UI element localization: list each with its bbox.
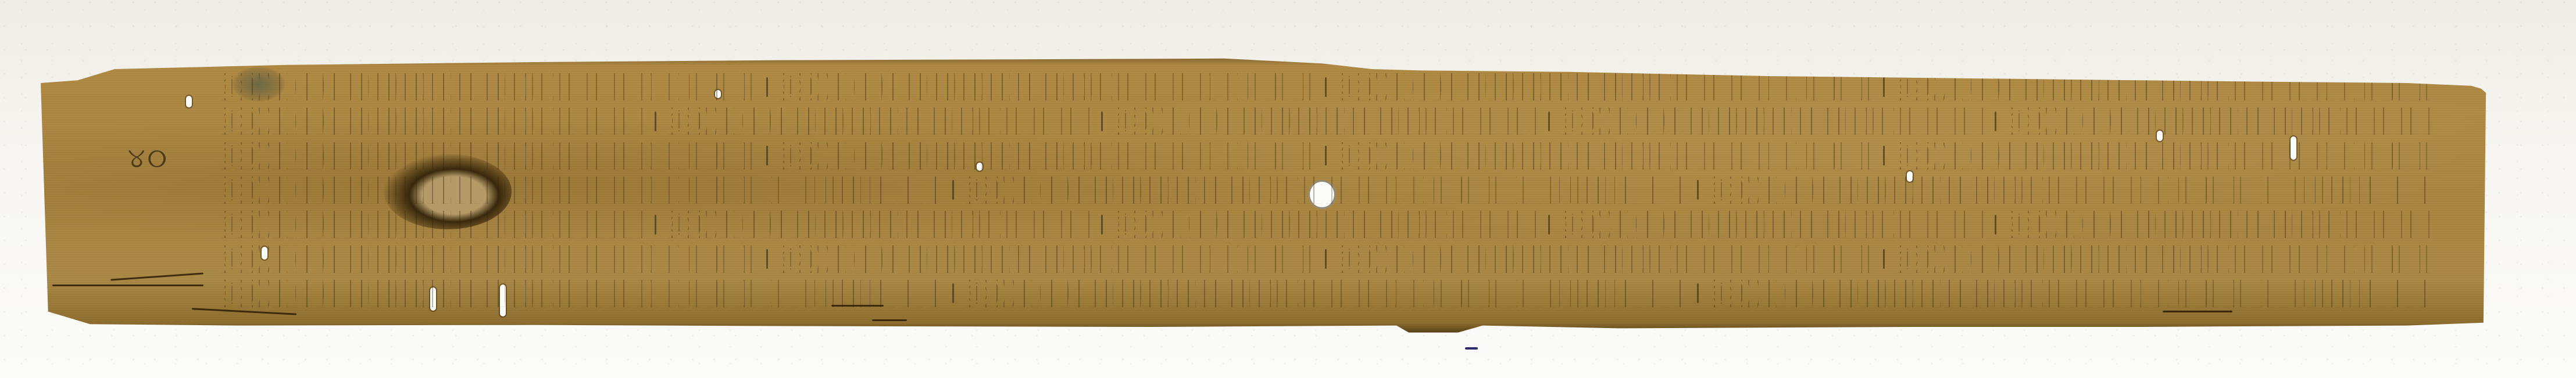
danda-mark	[1325, 249, 1327, 269]
script-run	[1896, 246, 2430, 273]
danda-mark	[1101, 215, 1103, 235]
danda-mark	[655, 111, 656, 131]
script-run	[780, 73, 1313, 100]
danda-mark	[1548, 215, 1550, 235]
script-run	[1338, 142, 1872, 170]
worm-track	[110, 272, 203, 280]
script-run	[1896, 142, 2430, 170]
script-run	[221, 211, 643, 238]
worm-track	[52, 285, 203, 286]
danda-mark	[766, 249, 768, 269]
script-run	[2008, 107, 2430, 135]
danda-mark	[952, 180, 954, 200]
perforation	[186, 96, 192, 107]
danda-mark	[1101, 111, 1103, 131]
manuscript-text	[221, 70, 2430, 311]
danda-mark	[655, 215, 656, 235]
danda-mark	[1995, 111, 1996, 131]
ink-margin-mark	[1465, 347, 1478, 350]
script-run	[1710, 280, 2430, 307]
danda-mark	[1697, 180, 1699, 200]
script-run	[1562, 211, 1984, 238]
script-run	[221, 73, 755, 100]
script-run	[1338, 73, 1872, 100]
script-run	[1114, 211, 1537, 238]
script-run	[221, 107, 643, 135]
danda-mark	[1325, 77, 1327, 97]
danda-mark	[1697, 283, 1699, 303]
text-line-6	[221, 242, 2430, 276]
danda-mark	[766, 77, 768, 97]
script-run	[221, 177, 941, 204]
script-run	[966, 280, 1685, 307]
script-run	[1710, 177, 2430, 204]
script-run	[780, 142, 1313, 170]
script-run	[221, 280, 941, 307]
danda-mark	[1883, 77, 1885, 97]
text-line-3	[221, 139, 2430, 172]
danda-mark	[766, 146, 768, 165]
text-line-4	[221, 173, 2430, 207]
danda-mark	[1548, 111, 1550, 131]
danda-mark	[1995, 215, 1996, 235]
script-run	[1338, 246, 1872, 273]
palm-leaf-folio: ୪୦	[41, 55, 2506, 334]
script-run	[2008, 211, 2430, 238]
folio-number: ୪୦	[128, 142, 169, 175]
worm-track	[872, 319, 907, 321]
script-run	[1114, 107, 1537, 135]
script-run	[668, 211, 1090, 238]
script-run	[221, 246, 755, 273]
danda-mark	[952, 283, 954, 303]
script-run	[1562, 107, 1984, 135]
script-run	[221, 142, 755, 170]
worm-track	[2163, 311, 2232, 312]
text-line-2	[221, 105, 2430, 138]
script-run	[668, 107, 1090, 135]
danda-mark	[1325, 146, 1327, 165]
text-line-5	[221, 208, 2430, 242]
text-line-7	[221, 276, 2430, 310]
script-run	[966, 177, 1685, 204]
danda-mark	[1883, 249, 1885, 269]
danda-mark	[1883, 146, 1885, 165]
script-run	[780, 246, 1313, 273]
